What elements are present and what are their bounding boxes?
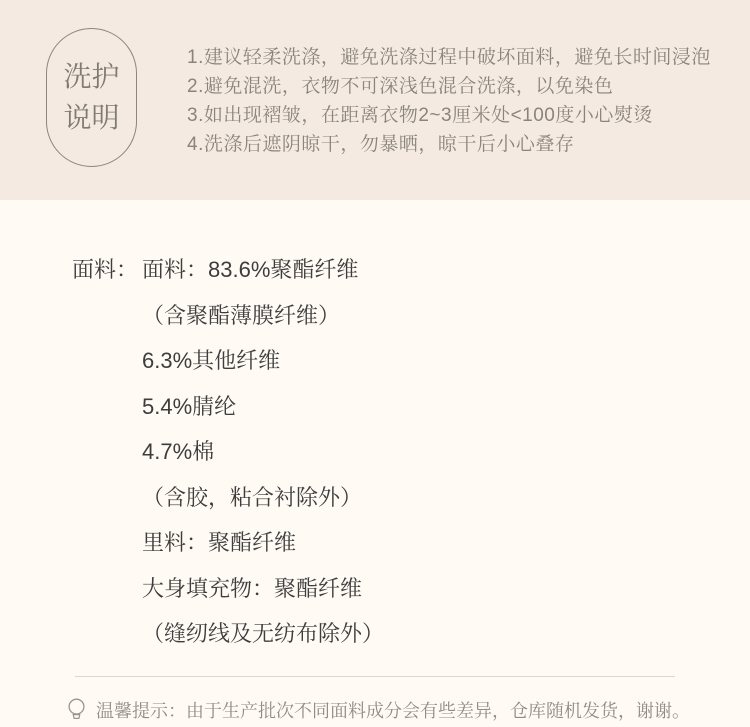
care-instructions-list: 1.建议轻柔洗涤，避免洗涤过程中破坏面料，避免长时间浸泡 2.避免混洗，衣物不可… (187, 43, 711, 159)
fabric-line: （含聚酯薄膜纤维） (142, 293, 384, 339)
fabric-composition-section: 面料：面料：83.6%聚酯纤维 （含聚酯薄膜纤维） 6.3%其他纤维 5.4%腈… (72, 247, 384, 657)
tip-row: 温馨提示：由于生产批次不同面料成分会有些差异，仓库随机发货，谢谢。 (66, 697, 690, 723)
lightbulb-icon (66, 698, 87, 723)
tip-text: 温馨提示：由于生产批次不同面料成分会有些差异，仓库随机发货，谢谢。 (96, 697, 690, 723)
section-divider (75, 676, 675, 677)
fabric-main-value: 面料：83.6%聚酯纤维 (142, 257, 358, 282)
care-section: 洗护 说明 1.建议轻柔洗涤，避免洗涤过程中破坏面料，避免长时间浸泡 2.避免混… (0, 0, 750, 200)
care-instruction-2: 2.避免混洗，衣物不可深浅色混合洗涤，以免染色 (187, 72, 711, 101)
care-badge-line-1: 洗护 (63, 63, 119, 91)
product-detail-page: 洗护 说明 1.建议轻柔洗涤，避免洗涤过程中破坏面料，避免长时间浸泡 2.避免混… (0, 0, 750, 727)
fabric-continuation-lines: （含聚酯薄膜纤维） 6.3%其他纤维 5.4%腈纶 4.7%棉 （含胶，粘合衬除… (142, 293, 384, 657)
care-badge: 洗护 说明 (46, 28, 137, 167)
care-instruction-3: 3.如出现褶皱，在距离衣物2~3厘米处<100度小心熨烫 (187, 101, 711, 130)
fabric-line: 里料：聚酯纤维 (142, 520, 384, 566)
fabric-lead-label: 面料： (72, 247, 142, 293)
care-instruction-4: 4.洗涤后遮阴晾干，勿暴晒，晾干后小心叠存 (187, 130, 711, 159)
fabric-line-main: 面料：面料：83.6%聚酯纤维 (72, 247, 384, 293)
fabric-line: 大身填充物：聚酯纤维 (142, 566, 384, 612)
fabric-line: 6.3%其他纤维 (142, 338, 384, 384)
fabric-line: （含胶，粘合衬除外） (142, 475, 384, 521)
fabric-line: 4.7%棉 (142, 429, 384, 475)
care-badge-line-2: 说明 (63, 104, 119, 132)
fabric-line: （缝纫线及无纺布除外） (142, 611, 384, 657)
care-instruction-1: 1.建议轻柔洗涤，避免洗涤过程中破坏面料，避免长时间浸泡 (187, 43, 711, 72)
fabric-line: 5.4%腈纶 (142, 384, 384, 430)
